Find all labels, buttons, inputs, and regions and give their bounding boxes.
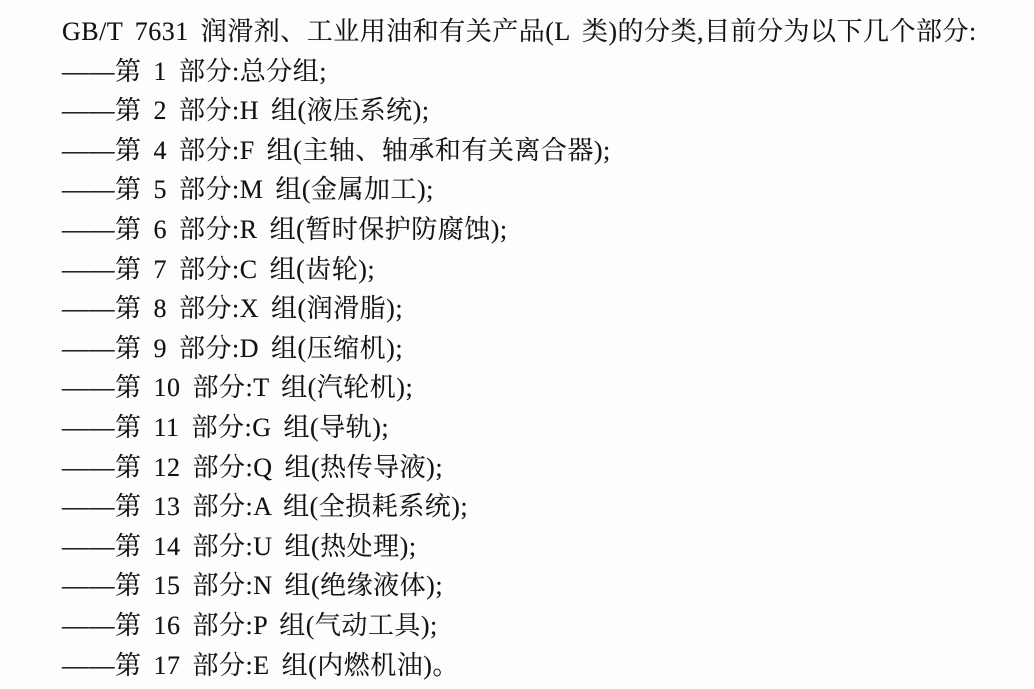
part-line-2: ——第 2 部分:H 组(液压系统); — [62, 91, 1024, 131]
part-line-17: ——第 17 部分:E 组(内燃机油)。 — [62, 646, 1024, 686]
part-line-4: ——第 4 部分:F 组(主轴、轴承和有关离合器); — [62, 131, 1024, 171]
intro-line: GB/T 7631 润滑剂、工业用油和有关产品(L 类)的分类,目前分为以下几个… — [62, 12, 1024, 52]
part-line-7: ——第 7 部分:C 组(齿轮); — [62, 250, 1024, 290]
part-line-1: ——第 1 部分:总分组; — [62, 52, 1024, 92]
part-line-8: ——第 8 部分:X 组(润滑脂); — [62, 289, 1024, 329]
part-line-13: ——第 13 部分:A 组(全损耗系统); — [62, 487, 1024, 527]
part-line-5: ——第 5 部分:M 组(金属加工); — [62, 170, 1024, 210]
part-line-14: ——第 14 部分:U 组(热处理); — [62, 527, 1024, 567]
scanned-document-page: GB/T 7631 润滑剂、工业用油和有关产品(L 类)的分类,目前分为以下几个… — [0, 0, 1034, 689]
part-line-11: ——第 11 部分:G 组(导轨); — [62, 408, 1024, 448]
part-line-15: ——第 15 部分:N 组(绝缘液体); — [62, 566, 1024, 606]
part-line-16: ——第 16 部分:P 组(气动工具); — [62, 606, 1024, 646]
part-line-9: ——第 9 部分:D 组(压缩机); — [62, 329, 1024, 369]
part-line-10: ——第 10 部分:T 组(汽轮机); — [62, 368, 1024, 408]
part-line-12: ——第 12 部分:Q 组(热传导液); — [62, 448, 1024, 488]
part-line-6: ——第 6 部分:R 组(暂时保护防腐蚀); — [62, 210, 1024, 250]
